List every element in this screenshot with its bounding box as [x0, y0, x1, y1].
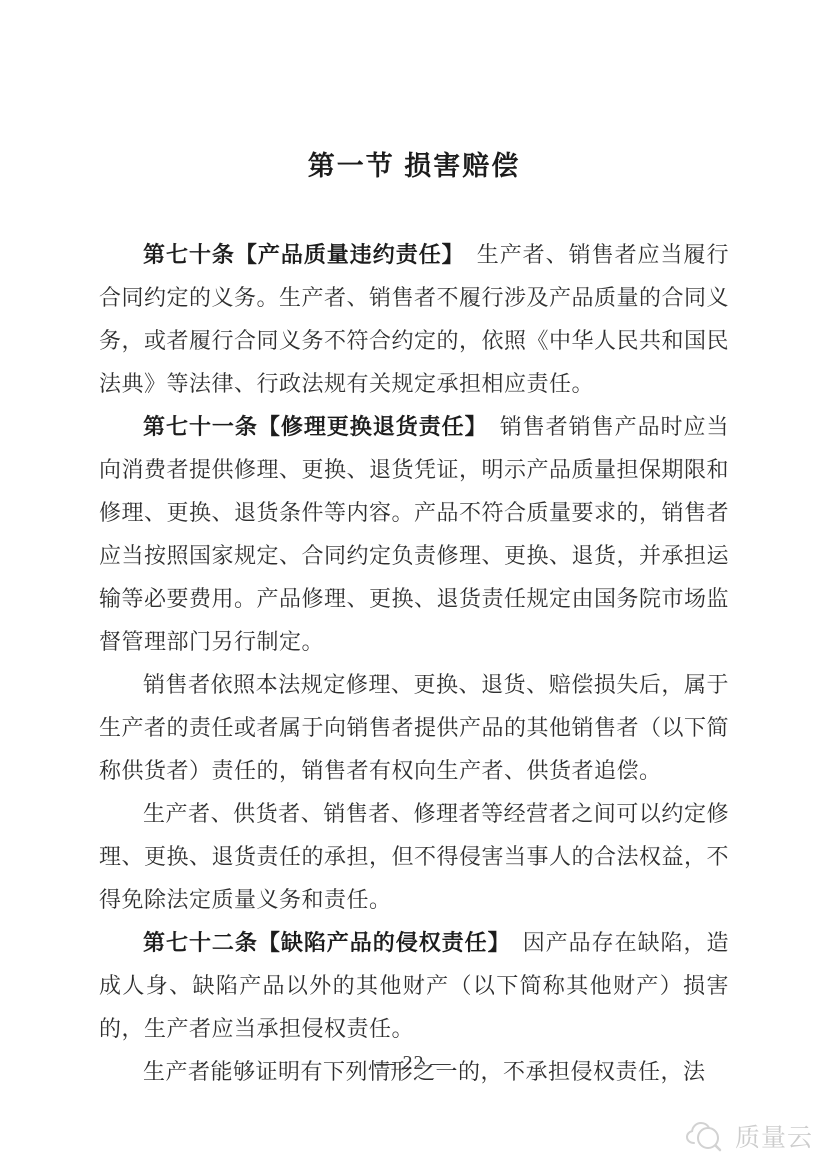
article-heading: 第七十一条【修理更换退货责任】 [143, 414, 488, 439]
legal-paragraph: 第七十一条【修理更换退货责任】销售者销售产品时应当向消费者提供修理、更换、退货凭… [99, 405, 729, 663]
page-number: — 22 — [0, 1052, 827, 1075]
watermark-label: 质量云 [735, 1118, 813, 1154]
legal-paragraph: 第七十条【产品质量违约责任】生产者、销售者应当履行合同约定的义务。生产者、销售者… [99, 233, 729, 405]
quality-cloud-logo-icon [684, 1119, 728, 1153]
article-heading: 第七十条【产品质量违约责任】 [143, 242, 465, 267]
document-page: 第一节 损害赔偿 第七十条【产品质量违约责任】生产者、销售者应当履行合同约定的义… [0, 0, 827, 1170]
legal-paragraph: 生产者、供货者、销售者、修理者等经营者之间可以约定修理、更换、退货责任的承担，但… [99, 792, 729, 921]
paragraph-text: 销售者依照本法规定修理、更换、退货、赔偿损失后，属于生产者的责任或者属于向销售者… [99, 672, 729, 783]
watermark: 质量云 [684, 1118, 813, 1154]
legal-paragraph: 第七十二条【缺陷产品的侵权责任】因产品存在缺陷，造成人身、缺陷产品以外的其他财产… [99, 921, 729, 1050]
article-heading: 第七十二条【缺陷产品的侵权责任】 [143, 930, 511, 955]
page-content: 第一节 损害赔偿 第七十条【产品质量违约责任】生产者、销售者应当履行合同约定的义… [99, 144, 729, 1093]
paragraph-text: 生产者、供货者、销售者、修理者等经营者之间可以约定修理、更换、退货责任的承担，但… [99, 801, 729, 912]
section-title: 第一节 损害赔偿 [99, 144, 729, 183]
paragraph-text: 销售者销售产品时应当向消费者提供修理、更换、退货凭证，明示产品质量担保期限和修理… [99, 414, 729, 654]
legal-paragraph: 销售者依照本法规定修理、更换、退货、赔偿损失后，属于生产者的责任或者属于向销售者… [99, 663, 729, 792]
